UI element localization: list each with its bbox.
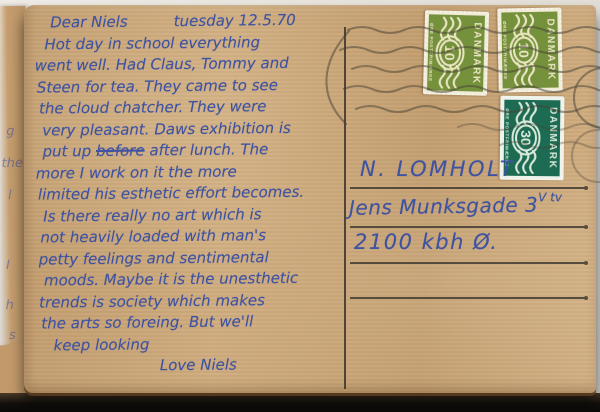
- address-rule: [350, 297, 586, 299]
- stamp-value: 10: [516, 42, 532, 58]
- date: tuesday 12.5.70: [174, 11, 296, 30]
- address-name: N. LOMHOLT: [360, 157, 515, 181]
- ink-fragment: h: [5, 298, 13, 313]
- message-line: limited his esthetic effort becomes.: [38, 181, 338, 206]
- ink-fragment: g: [6, 124, 14, 139]
- message-line-strikethrough: put up before after lunch. The: [42, 138, 337, 163]
- divider-line: [344, 27, 346, 389]
- struck-word: before: [96, 141, 145, 160]
- stamp-10-ore: DANMARK 10 ØRE POSTFRIMÆRKE: [423, 10, 489, 96]
- message-line: not heavily loaded with man's: [40, 224, 338, 249]
- ink-fragment: the: [1, 156, 23, 171]
- message-line: Is there really no art which is: [43, 203, 338, 228]
- message-line: Hot day in school everything: [44, 31, 336, 56]
- postcard: Dear Nielstuesday 12.5.70 Hot day in sch…: [24, 5, 596, 393]
- table-shadow: [0, 393, 600, 412]
- message-line: petty feelings and sentimental: [39, 246, 339, 271]
- address-rule: [350, 262, 586, 264]
- ink-fragment: I: [6, 258, 10, 273]
- message-header: Dear Nielstuesday 12.5.70: [50, 9, 336, 33]
- stamp-10-ore: DANMARK 10 ØRE POSTFRIMÆRKE: [497, 7, 562, 92]
- strike-pre: put up: [42, 142, 96, 161]
- message-line: trends is society which makes: [39, 289, 339, 314]
- ink-fragment: l: [8, 188, 12, 203]
- street-text: Jens Munksgade 3: [349, 193, 539, 220]
- stamp-country-label: DANMARK: [544, 18, 556, 80]
- address-street: Jens Munksgade 3V tv: [349, 192, 563, 220]
- address-rule: [350, 226, 586, 228]
- message-line: moods. Maybe it is the unesthetic: [44, 267, 339, 292]
- message-line: the arts so foreing. But we'll: [41, 310, 339, 335]
- floor-suffix: V tv: [538, 190, 562, 204]
- ink-fragment: s: [9, 328, 16, 343]
- message-line: more I work on it the more: [36, 160, 338, 185]
- message-line: Steen for tea. They came to see: [37, 74, 337, 99]
- signature: Love Niels: [160, 353, 340, 376]
- stamp-value: 30: [518, 130, 534, 146]
- greeting: Dear Niels: [50, 13, 128, 32]
- handwritten-message: Dear Nielstuesday 12.5.70 Hot day in sch…: [34, 9, 340, 378]
- address-rule: [350, 187, 586, 189]
- postcard-photo-scene: g the l I h s Dear Nielstuesday 12.5.70 …: [0, 0, 600, 412]
- message-line: went well. Had Claus, Tommy and: [35, 52, 337, 77]
- message-line: the cloud chatcher. They were: [39, 95, 337, 120]
- strike-post: after lunch. The: [145, 140, 269, 159]
- stamp-denomination-text: ØRE POSTFRIMÆRKE: [502, 21, 508, 80]
- address-city: 2100 kbh Ø.: [354, 230, 498, 254]
- stamp-country-label: DANMARK: [547, 107, 559, 169]
- stamp-country-label: DANMARK: [470, 22, 483, 84]
- message-line: very pleasant. Daws exhibition is: [42, 117, 337, 142]
- stamp-value: 10: [442, 45, 458, 61]
- message-line: keep looking: [53, 332, 339, 356]
